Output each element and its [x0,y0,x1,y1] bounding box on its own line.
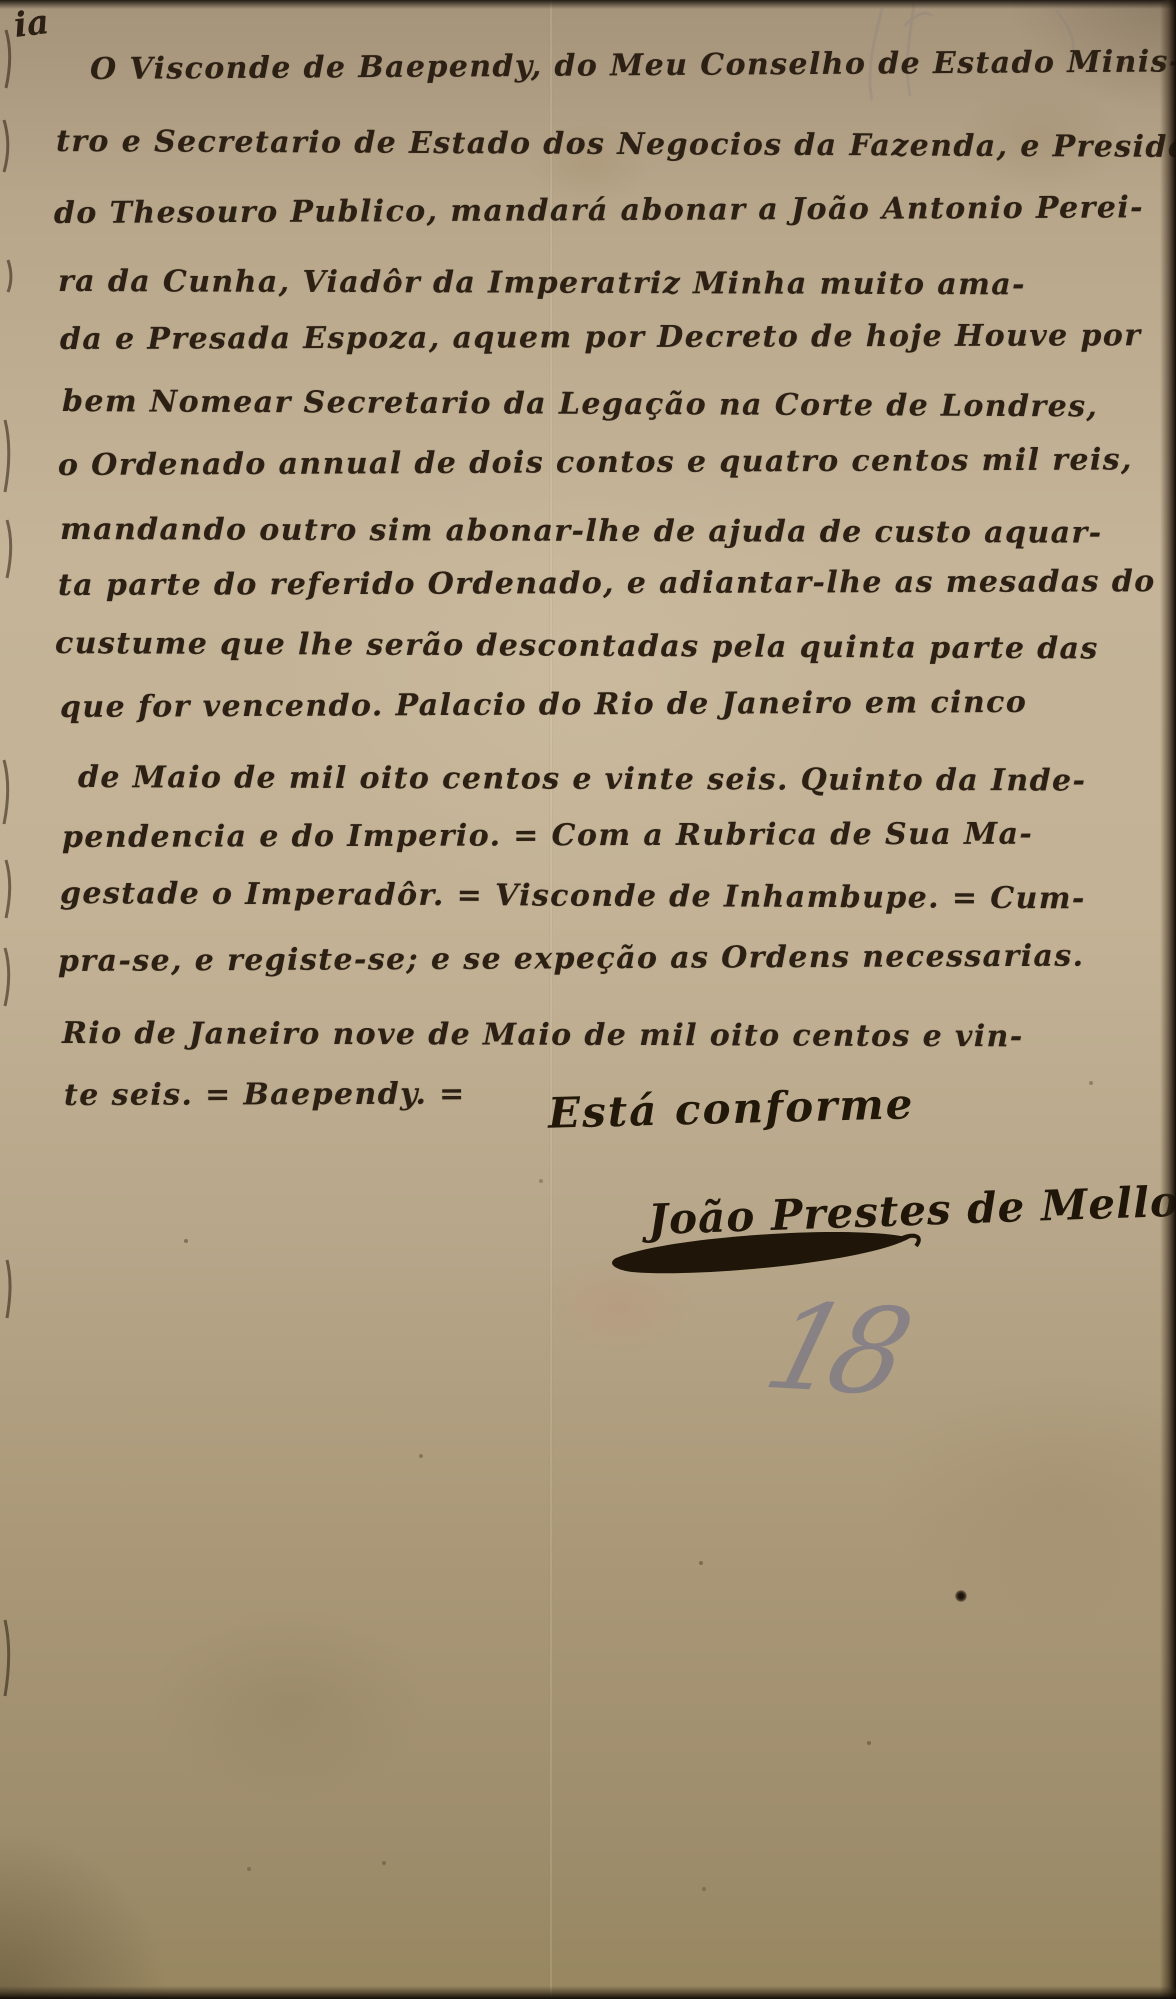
manuscript-line: de Maio de mil oito centos e vinte seis.… [78,760,1086,799]
signature: João Prestes de Mello [647,1177,1176,1245]
manuscript-line: custume que lhe serão descontadas pela q… [55,626,1099,666]
manuscript-page: ia O Visconde de Baependy, do Meu Consel… [0,0,1176,1999]
attestation-note: Está conforme [547,1079,915,1138]
manuscript-line: do Thesouro Publico, mandará abonar a Jo… [54,190,1144,231]
manuscript-line: pendencia e do Imperio. = Com a Rubrica … [62,817,1033,855]
binding-page-edge-marks [0,0,54,1999]
manuscript-line: ta parte do referido Ordenado, e adianta… [58,564,1156,603]
manuscript-line: mandando outro sim abonar-lhe de ajuda d… [60,512,1103,551]
manuscript-line: da e Presada Espoza, aquem por Decreto d… [60,318,1142,357]
photo-bottom-edge [0,1986,1176,1999]
manuscript-line: te seis. = Baependy. = [64,1077,466,1113]
ink-spot [955,1590,967,1602]
manuscript-line: ra da Cunha, Viadôr da Imperatriz Minha … [58,264,1026,302]
pencil-page-number: 18 [753,1277,914,1421]
manuscript-line: tro e Secretario de Estado dos Negocios … [56,124,1176,165]
manuscript-line: que for vencendo. Palacio do Rio de Jane… [60,685,1027,725]
photo-right-edge [1160,0,1176,1999]
manuscript-line: o Ordenado annual de dois contos e quatr… [58,442,1133,483]
manuscript-line: pra-se, e registe-se; e se expeção as Or… [58,939,1085,979]
manuscript-line: gestade o Imperadôr. = Visconde de Inham… [60,876,1086,916]
photo-top-edge [0,0,1176,9]
manuscript-line: Rio de Janeiro nove de Maio de mil oito … [62,1016,1024,1054]
manuscript-line: bem Nomear Secretario da Legação na Cort… [62,384,1098,424]
